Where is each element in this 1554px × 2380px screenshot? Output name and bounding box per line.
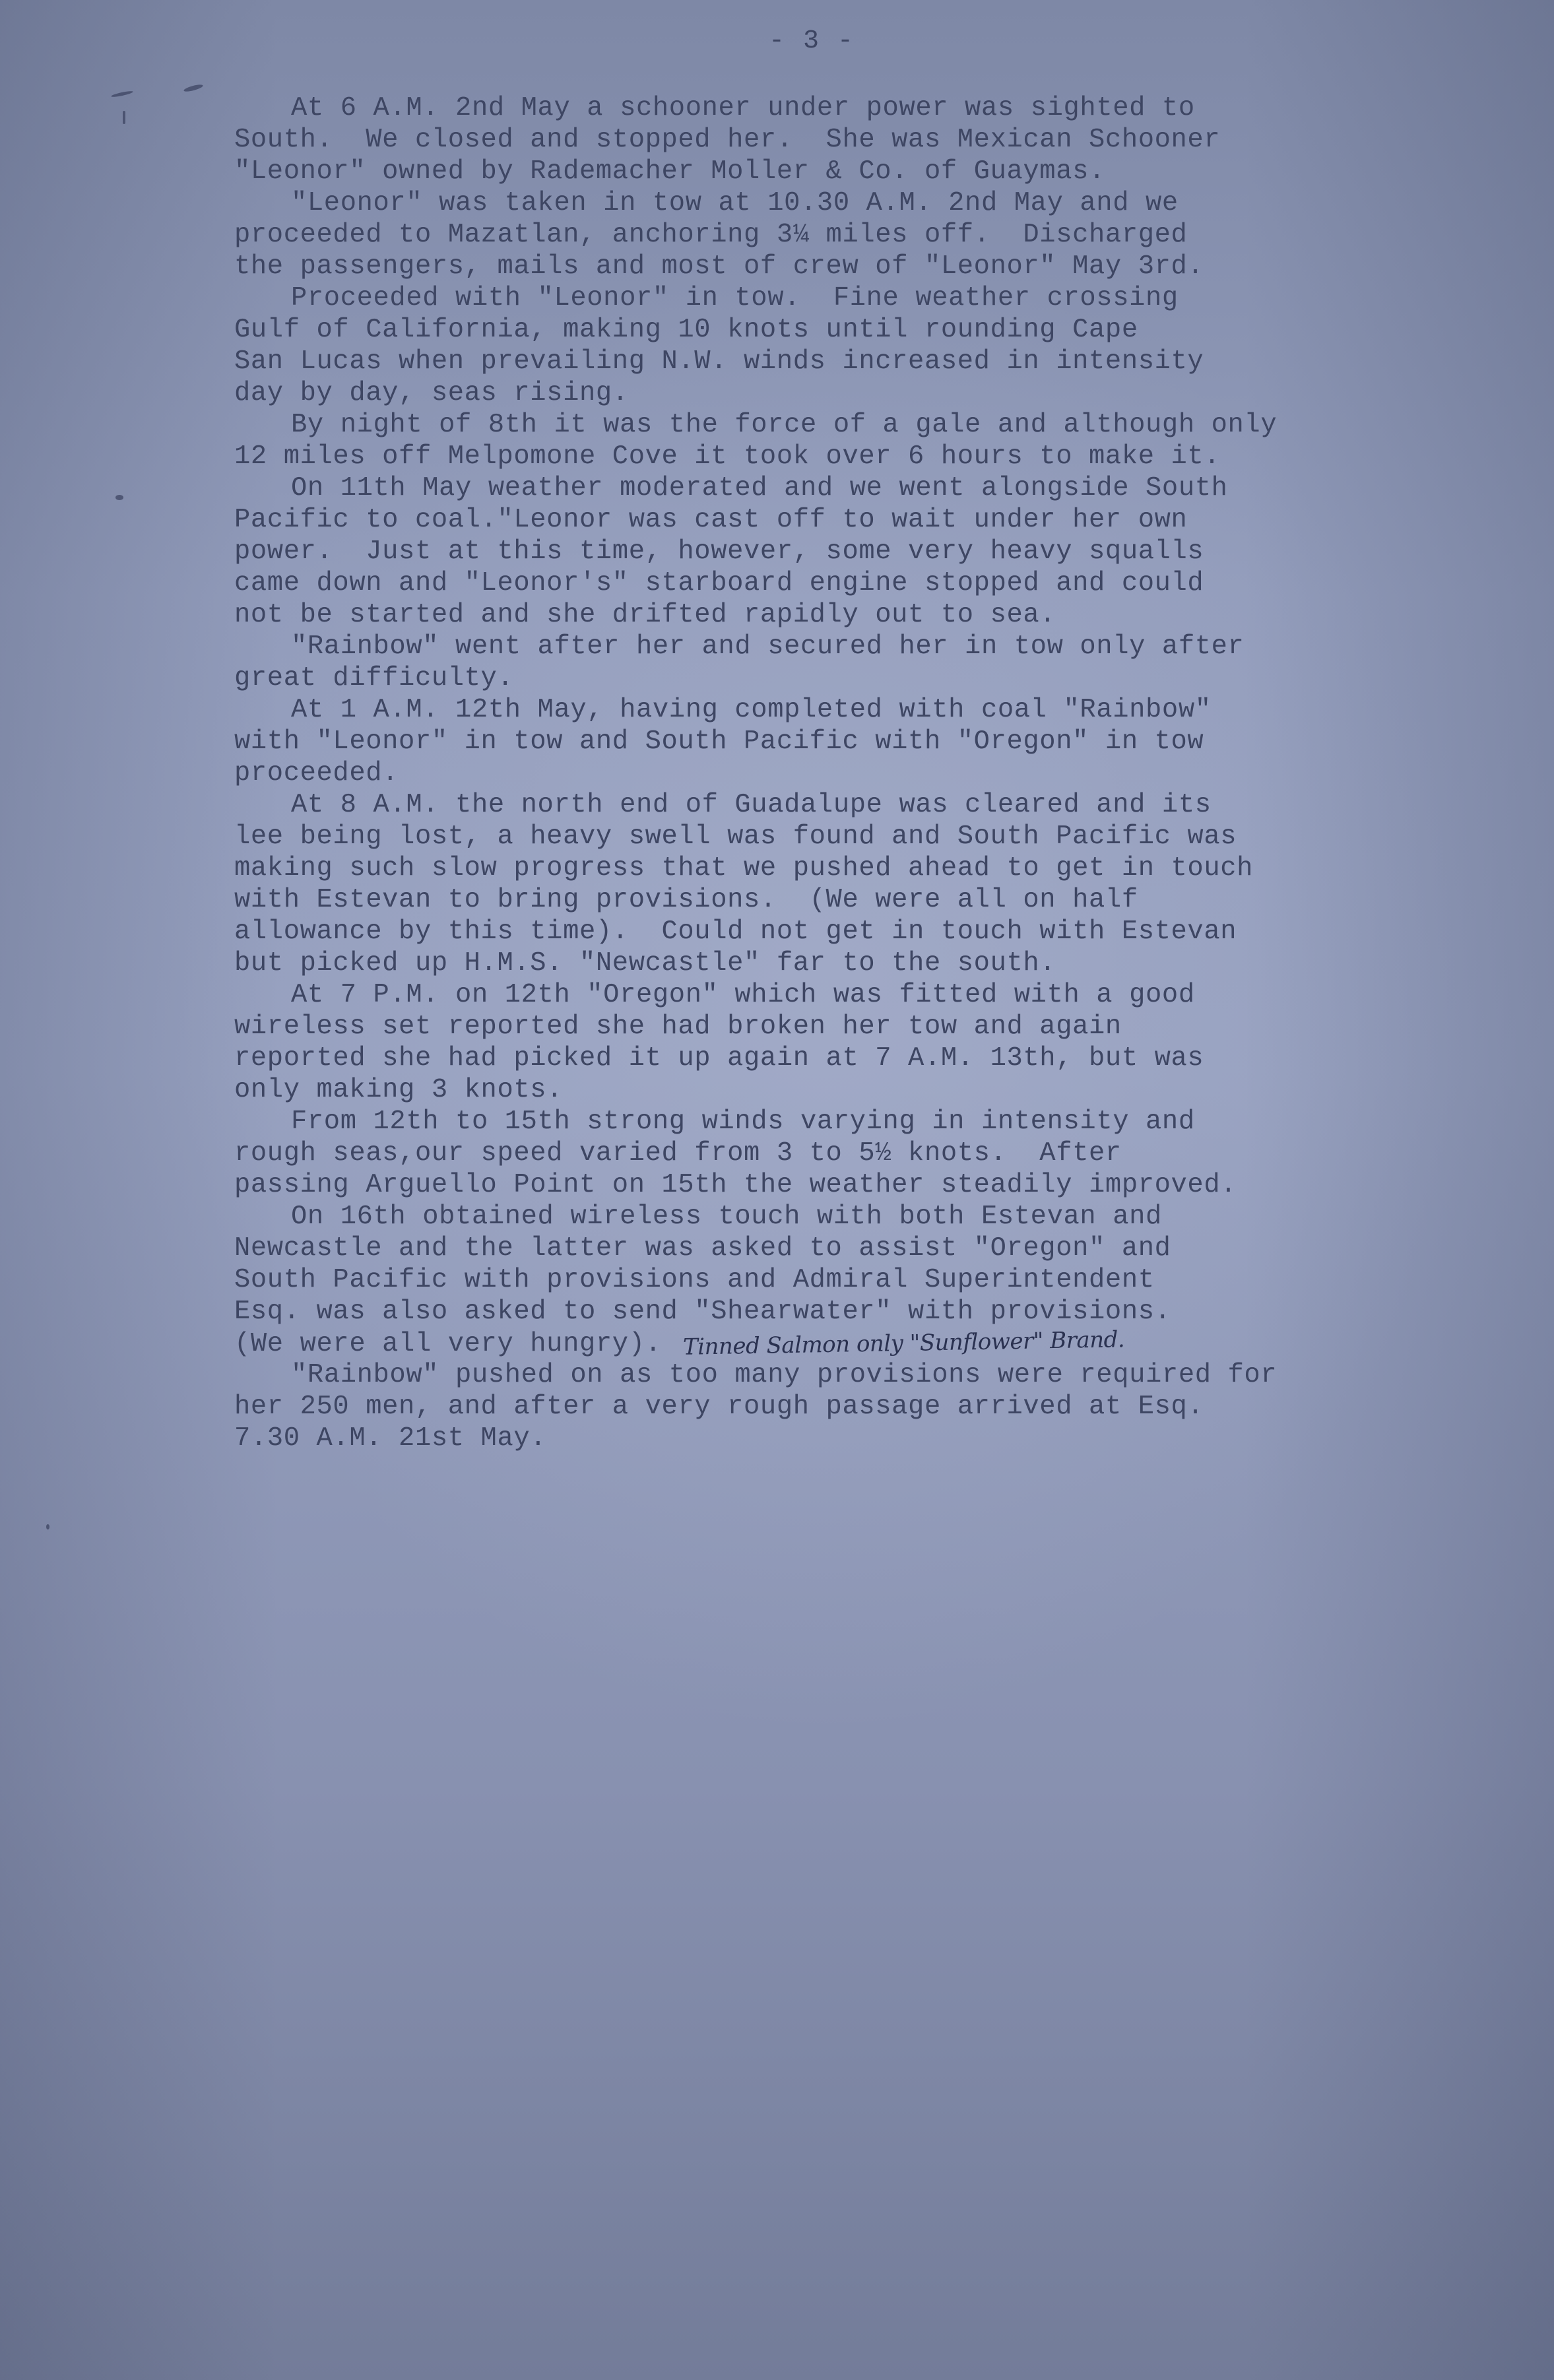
- line-text: At 8 A.M. the north end of Guadalupe was…: [291, 790, 1212, 820]
- typewritten-body: At 6 A.M. 2nd May a schooner under power…: [234, 92, 1488, 1454]
- text-line: "Leonor" owned by Rademacher Moller & Co…: [234, 156, 1488, 187]
- text-line: At 6 A.M. 2nd May a schooner under power…: [234, 92, 1488, 124]
- text-line: Proceeded with "Leonor" in tow. Fine wea…: [234, 282, 1488, 314]
- line-text: came down and "Leonor's" starboard engin…: [234, 568, 1204, 598]
- line-text: proceeded.: [234, 758, 399, 788]
- text-line: reported she had picked it up again at 7…: [234, 1043, 1488, 1074]
- line-text: From 12th to 15th strong winds varying i…: [291, 1107, 1195, 1137]
- text-line: San Lucas when prevailing N.W. winds inc…: [234, 346, 1488, 377]
- line-text: rough seas,our speed varied from 3 to 5½…: [234, 1138, 1122, 1169]
- text-line: Pacific to coal."Leonor was cast off to …: [234, 504, 1488, 536]
- text-line: allowance by this time). Could not get i…: [234, 916, 1488, 948]
- text-line: Gulf of California, making 10 knots unti…: [234, 314, 1488, 346]
- text-line: rough seas,our speed varied from 3 to 5½…: [234, 1138, 1488, 1169]
- line-text: "Leonor" owned by Rademacher Moller & Co…: [234, 156, 1105, 187]
- line-text: only making 3 knots.: [234, 1075, 563, 1105]
- line-text: great difficulty.: [234, 663, 513, 693]
- text-line: not be started and she drifted rapidly o…: [234, 599, 1488, 631]
- line-text: power. Just at this time, however, some …: [234, 536, 1204, 567]
- line-text: not be started and she drifted rapidly o…: [234, 600, 1056, 630]
- text-line: wireless set reported she had broken her…: [234, 1011, 1488, 1043]
- line-text: On 11th May weather moderated and we wen…: [291, 473, 1228, 503]
- line-text: Newcastle and the latter was asked to as…: [234, 1233, 1171, 1264]
- text-line: "Leonor" was taken in tow at 10.30 A.M. …: [234, 187, 1488, 219]
- line-text: wireless set reported she had broken her…: [234, 1012, 1122, 1042]
- text-line: Esq. was also asked to send "Shearwater"…: [234, 1296, 1488, 1328]
- line-text: At 6 A.M. 2nd May a schooner under power…: [291, 93, 1195, 123]
- line-text: On 16th obtained wireless touch with bot…: [291, 1202, 1162, 1232]
- text-line: proceeded.: [234, 757, 1488, 789]
- line-text: Gulf of California, making 10 knots unti…: [234, 315, 1138, 345]
- text-line: the passengers, mails and most of crew o…: [234, 251, 1488, 282]
- line-text: with "Leonor" in tow and South Pacific w…: [234, 726, 1204, 757]
- text-line: only making 3 knots.: [234, 1074, 1488, 1106]
- text-line: At 1 A.M. 12th May, having completed wit…: [234, 694, 1488, 726]
- text-line: "Rainbow" pushed on as too many provisio…: [234, 1359, 1488, 1391]
- handwritten-annotation: Tinned Salmon only "Sunflower" Brand.: [682, 1324, 1124, 1363]
- line-text: Pacific to coal."Leonor was cast off to …: [234, 505, 1187, 535]
- text-line: Newcastle and the latter was asked to as…: [234, 1233, 1488, 1264]
- ink-speck: [111, 90, 133, 98]
- line-text: allowance by this time). Could not get i…: [234, 917, 1237, 947]
- text-line: At 7 P.M. on 12th "Oregon" which was fit…: [234, 979, 1488, 1011]
- line-text: At 1 A.M. 12th May, having completed wit…: [291, 695, 1212, 725]
- line-text: passing Arguello Point on 15th the weath…: [234, 1170, 1237, 1200]
- text-line: passing Arguello Point on 15th the weath…: [234, 1169, 1488, 1201]
- ink-speck: [123, 111, 125, 124]
- text-line: By night of 8th it was the force of a ga…: [234, 409, 1488, 441]
- text-line: lee being lost, a heavy swell was found …: [234, 821, 1488, 852]
- text-line: power. Just at this time, however, some …: [234, 536, 1488, 567]
- text-line: (We were all very hungry).Tinned Salmon …: [234, 1328, 1488, 1359]
- page-number: - 3 -: [746, 26, 878, 56]
- text-line: On 16th obtained wireless touch with bot…: [234, 1201, 1488, 1233]
- line-text: Proceeded with "Leonor" in tow. Fine wea…: [291, 283, 1179, 313]
- line-text: South Pacific with provisions and Admira…: [234, 1265, 1155, 1295]
- text-line: day by day, seas rising.: [234, 377, 1488, 409]
- line-text: "Leonor" was taken in tow at 10.30 A.M. …: [291, 188, 1179, 218]
- line-text: By night of 8th it was the force of a ga…: [291, 410, 1277, 440]
- line-text: South. We closed and stopped her. She wa…: [234, 125, 1220, 155]
- text-line: 7.30 A.M. 21st May.: [234, 1423, 1488, 1454]
- text-line: great difficulty.: [234, 662, 1488, 694]
- text-line: but picked up H.M.S. "Newcastle" far to …: [234, 948, 1488, 979]
- line-text: with Estevan to bring provisions. (We we…: [234, 885, 1138, 915]
- text-line: 12 miles off Melpomone Cove it took over…: [234, 441, 1488, 472]
- line-text: her 250 men, and after a very rough pass…: [234, 1392, 1204, 1422]
- line-text: proceeded to Mazatlan, anchoring 3¼ mile…: [234, 220, 1187, 250]
- ink-speck: [183, 83, 204, 93]
- line-text: 7.30 A.M. 21st May.: [234, 1423, 546, 1454]
- line-text: Esq. was also asked to send "Shearwater"…: [234, 1297, 1171, 1327]
- text-line: At 8 A.M. the north end of Guadalupe was…: [234, 789, 1488, 821]
- line-text: 12 miles off Melpomone Cove it took over…: [234, 441, 1220, 472]
- text-line: came down and "Leonor's" starboard engin…: [234, 567, 1488, 599]
- document-page: - 3 - At 6 A.M. 2nd May a schooner under…: [0, 0, 1554, 2380]
- text-line: with Estevan to bring provisions. (We we…: [234, 884, 1488, 916]
- text-line: On 11th May weather moderated and we wen…: [234, 472, 1488, 504]
- ink-speck: [115, 495, 123, 500]
- line-text: reported she had picked it up again at 7…: [234, 1043, 1204, 1074]
- text-line: making such slow progress that we pushed…: [234, 852, 1488, 884]
- text-line: "Rainbow" went after her and secured her…: [234, 631, 1488, 662]
- text-line: her 250 men, and after a very rough pass…: [234, 1391, 1488, 1423]
- text-line: South. We closed and stopped her. She wa…: [234, 124, 1488, 156]
- line-text: (We were all very hungry).: [234, 1329, 662, 1359]
- line-text: "Rainbow" pushed on as too many provisio…: [291, 1360, 1277, 1390]
- line-text: "Rainbow" went after her and secured her…: [291, 631, 1244, 662]
- line-text: At 7 P.M. on 12th "Oregon" which was fit…: [291, 980, 1195, 1010]
- line-text: San Lucas when prevailing N.W. winds inc…: [234, 346, 1204, 377]
- text-line: with "Leonor" in tow and South Pacific w…: [234, 726, 1488, 757]
- text-line: From 12th to 15th strong winds varying i…: [234, 1106, 1488, 1138]
- line-text: but picked up H.M.S. "Newcastle" far to …: [234, 948, 1056, 979]
- text-line: South Pacific with provisions and Admira…: [234, 1264, 1488, 1296]
- line-text: the passengers, mails and most of crew o…: [234, 251, 1204, 282]
- text-line: proceeded to Mazatlan, anchoring 3¼ mile…: [234, 219, 1488, 251]
- line-text: making such slow progress that we pushed…: [234, 853, 1253, 884]
- ink-speck: [46, 1524, 49, 1529]
- line-text: day by day, seas rising.: [234, 378, 629, 408]
- line-text: lee being lost, a heavy swell was found …: [234, 821, 1237, 852]
